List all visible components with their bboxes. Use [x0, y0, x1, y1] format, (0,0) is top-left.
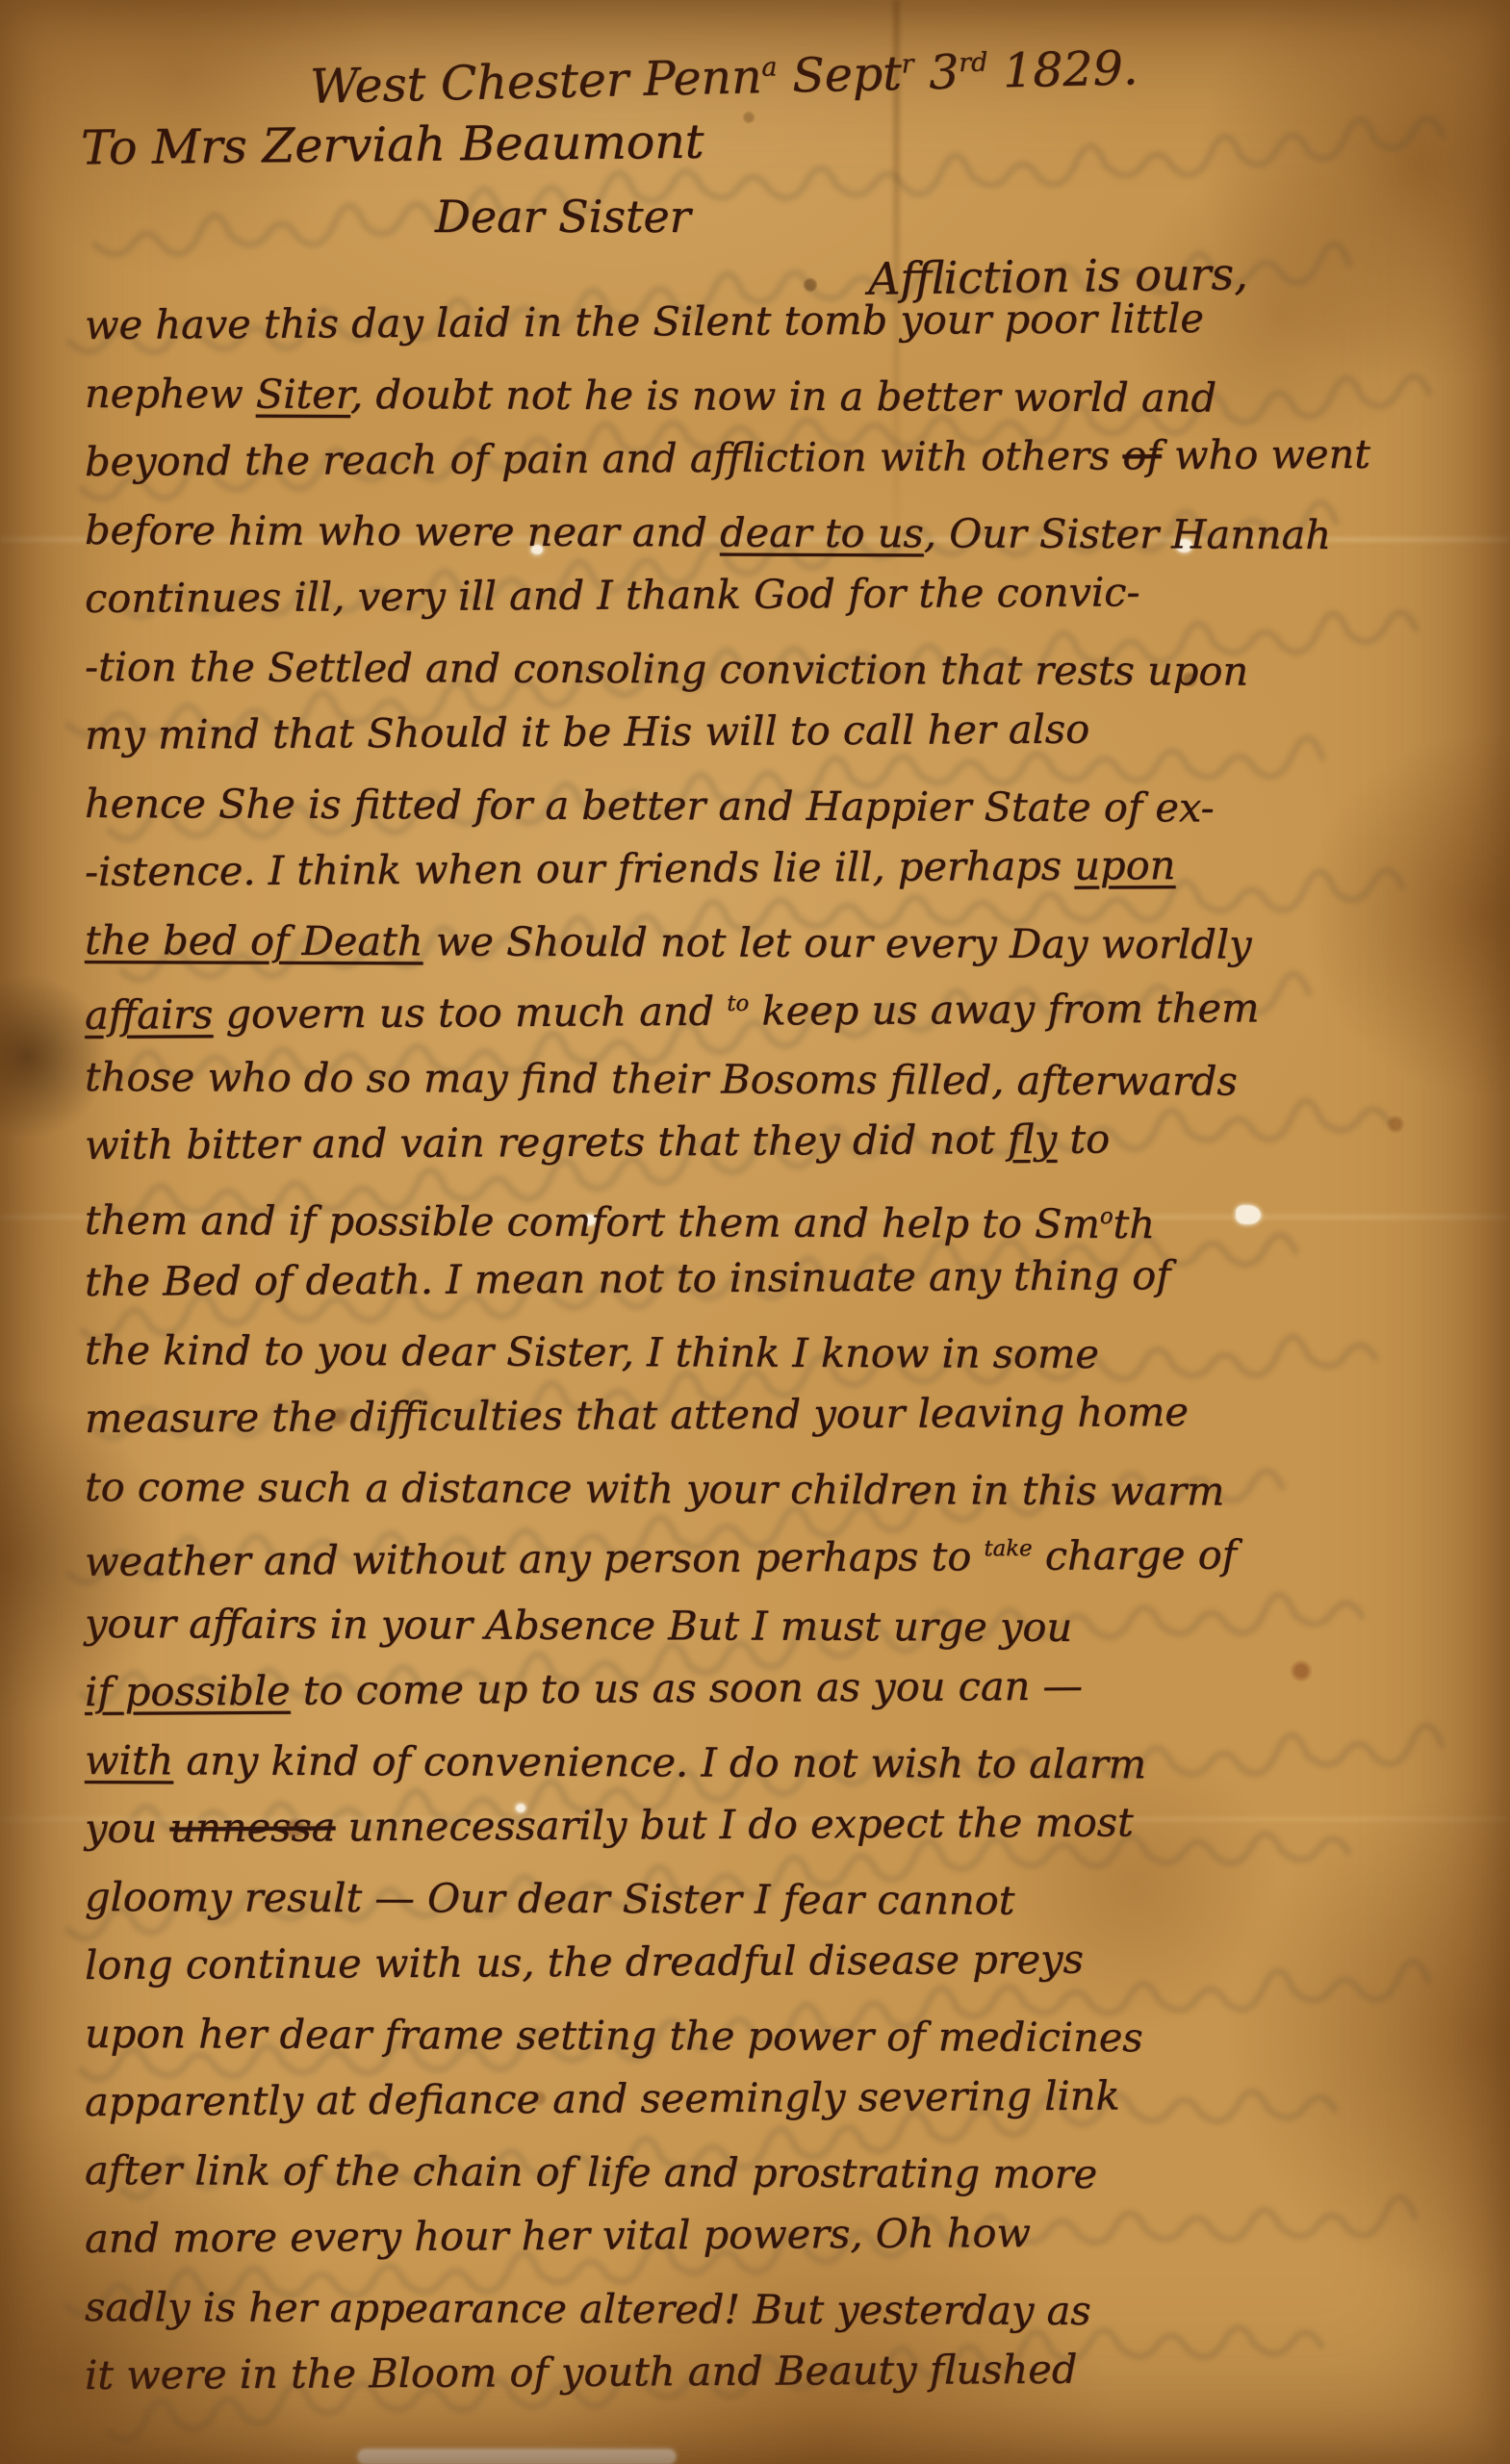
text-run: with bitter and vain regrets that they d…	[85, 1116, 1008, 1168]
text-run: keep us away from them	[749, 984, 1259, 1034]
letter-line: it were in the Bloom of youth and Beauty…	[85, 2332, 1496, 2409]
text-run: the kind to you dear Sister, I think I k…	[85, 1326, 1099, 1377]
letter-line: apparently at defiance and seemingly sev…	[85, 2059, 1496, 2136]
text-run: them and if possible comfort them and he…	[85, 1196, 1100, 1247]
text-run: who went	[1162, 430, 1370, 478]
text-run: we Should not let our every Day worldly	[422, 917, 1251, 967]
text-run: those who do so may find their Bosoms fi…	[85, 1053, 1238, 1105]
letter-line: and more every hour her vital powers, Oh…	[85, 2195, 1496, 2272]
underlined-word: fly	[1008, 1116, 1057, 1163]
text-run: West Chester Penn	[309, 49, 762, 115]
text-run: to come such a distance with your childr…	[85, 1463, 1225, 1515]
inserted-word: rd	[959, 47, 988, 78]
inserted-word: r	[901, 49, 914, 79]
underlined-word: affairs	[85, 990, 214, 1039]
letter-line: affairs govern us too much and to keep u…	[85, 965, 1496, 1042]
text-run: measure the difficulties that attend you…	[85, 1388, 1189, 1442]
text-run: before him who were near and	[85, 506, 720, 556]
inserted-word: take	[984, 1536, 1032, 1561]
text-run: weather and without any person perhaps t…	[85, 1532, 985, 1585]
underlined-word: if possible	[85, 1667, 291, 1715]
text-run: long continue with us, the dreadful dise…	[85, 1936, 1084, 1989]
underlined-word: the bed of Death	[85, 916, 423, 964]
letter-line: continues ill, very ill and I thank God …	[85, 555, 1496, 632]
text-run: govern us too much and	[213, 988, 727, 1038]
underlined-word: Siter	[256, 371, 350, 418]
text-run: to come up to us as soon as you can —	[290, 1662, 1083, 1714]
underlined-word: upon	[1074, 841, 1175, 889]
letter-line: my mind that Should it be His will to ca…	[85, 692, 1496, 769]
text-run: Sept	[777, 46, 902, 104]
text-run: we have this day laid in the Silent tomb…	[85, 295, 1204, 348]
letter-line: long continue with us, the dreadful dise…	[85, 1922, 1496, 1999]
letter-line: the Bed of death. I mean not to insinuat…	[85, 1239, 1496, 1316]
text-run: unnecessarily but I do expect the most	[335, 1798, 1134, 1850]
text-run: -tion the Settled and consoling convicti…	[85, 643, 1248, 695]
text-run: hence She is fitted for a better and Hap…	[85, 780, 1215, 832]
text-run: upon her dear frame setting the power of…	[85, 2010, 1143, 2061]
text-run: continues ill, very ill and I thank God …	[85, 568, 1140, 622]
underlined-word: dear to us	[720, 509, 924, 557]
text-run: 3	[913, 44, 960, 100]
text-run: the Bed of death. I mean not to insinuat…	[85, 1251, 1171, 1305]
letter-page: West Chester Penna Septr 3rd 1829. To Mr…	[0, 0, 1510, 2464]
letter-line: we have this day laid in the Silent tomb…	[85, 282, 1496, 359]
inserted-word: to	[727, 991, 749, 1016]
letter-line: measure the difficulties that attend you…	[85, 1375, 1496, 1452]
letter-salutation: Dear Sister	[435, 191, 691, 243]
text-run: sadly is her appearance altered! But yes…	[85, 2283, 1091, 2334]
text-run: you	[85, 1804, 170, 1852]
letter-line: -istence. I think when our friends lie i…	[85, 829, 1496, 906]
text-run: beyond the reach of pain and affliction …	[85, 431, 1123, 485]
text-run: it were in the Bloom of youth and Beauty…	[85, 2346, 1078, 2399]
letter-line: weather and without any person perhaps t…	[85, 1512, 1496, 1589]
struck-out-word: of	[1122, 431, 1162, 478]
letter-line: if possible to come up to us as soon as …	[85, 1649, 1496, 1726]
text-run: any kind of convenience. I do not wish t…	[173, 1736, 1146, 1787]
text-run: apparently at defiance and seemingly sev…	[85, 2071, 1120, 2125]
letter-line: beyond the reach of pain and affliction …	[85, 419, 1496, 496]
inserted-word: a	[761, 52, 778, 82]
text-run: -istence. I think when our friends lie i…	[85, 842, 1075, 895]
letter-line: with bitter and vain regrets that they d…	[85, 1102, 1496, 1179]
text-run: after link of the chain of life and pros…	[85, 2146, 1097, 2197]
inserted-word: o	[1100, 1204, 1113, 1229]
letter-body: we have this day laid in the Silent tomb…	[85, 291, 1496, 2409]
text-run: your affairs in your Absence But I must …	[85, 1600, 1072, 1651]
text-run: , doubt not he is now in a better world …	[350, 371, 1216, 421]
struck-out-word: unnessa	[169, 1803, 335, 1851]
text-run: and more every hour her vital powers, Oh…	[85, 2209, 1031, 2262]
text-run: gloomy result — Our dear Sister I fear c…	[85, 1873, 1015, 1924]
text-run: 1829.	[987, 40, 1139, 99]
text-run: my mind that Should it be His will to ca…	[85, 706, 1089, 758]
text-run: to	[1057, 1115, 1110, 1162]
text-run: charge of	[1032, 1531, 1237, 1579]
paper-edge-chip	[358, 2450, 676, 2464]
letter-addressee: To Mrs Zerviah Beaumont	[81, 115, 704, 176]
text-run: nephew	[85, 370, 256, 418]
text-run: , Our Sister Hannah	[924, 509, 1331, 558]
underlined-word: with	[85, 1736, 173, 1784]
letter-line: you unnessa unnecessarily but I do expec…	[85, 1785, 1496, 1862]
